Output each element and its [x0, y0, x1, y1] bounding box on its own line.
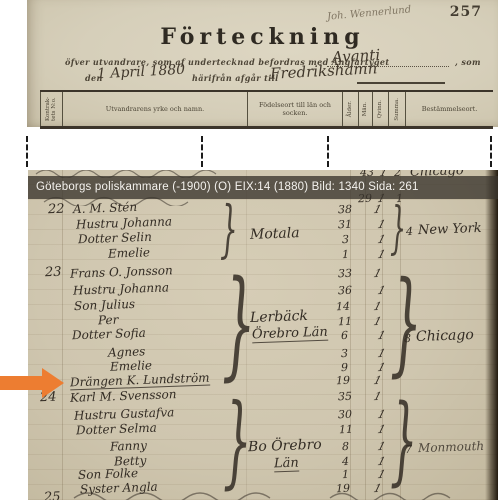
destination: Chicago — [416, 327, 474, 345]
person-name: Agnes — [108, 344, 146, 359]
destination: Monmouth — [418, 439, 485, 455]
age: 38 — [338, 203, 352, 216]
tally-mark: 1 — [376, 408, 387, 421]
age: 33 — [338, 267, 352, 280]
person-name: Dotter Sofia — [72, 326, 146, 343]
col-birthplace: Födelseort till län och socken. — [249, 101, 341, 117]
fold-mark-3 — [327, 136, 329, 167]
screenshot-canvas: 257 Joh. Wennerlund Förteckning öfver ut… — [0, 0, 498, 500]
form-column-headers: Kontrak- tets N:o. Utvandrarens yrke och… — [40, 90, 493, 129]
tally-mark: 1 — [376, 455, 387, 468]
age: 11 — [339, 423, 353, 436]
sum: 7 — [405, 443, 412, 456]
age: 3 — [342, 233, 349, 246]
tally-mark: 1 — [376, 468, 387, 481]
col-destination: Bestämmelseort. — [422, 105, 478, 113]
sum: 8 — [404, 332, 411, 345]
ruling-line — [365, 170, 366, 500]
person-name: Emelie — [108, 245, 150, 260]
emigrant-list-header-image[interactable]: 257 Joh. Wennerlund Förteckning öfver ut… — [27, 0, 498, 127]
archive-reference-text: Göteborgs poliskammare (-1900) (O) EIX:1… — [36, 181, 419, 193]
fold-mark-1 — [26, 136, 28, 167]
pointer-arrow-body — [0, 376, 42, 390]
age: 1 — [342, 468, 349, 481]
fold-mark-2 — [201, 136, 203, 167]
entry-number: 25 — [44, 490, 61, 500]
col-sum: Summa. — [394, 98, 400, 121]
signature-rule — [357, 82, 445, 84]
person-name: Emelie — [110, 358, 152, 373]
age: 35 — [338, 390, 352, 403]
age: 30 — [338, 408, 352, 421]
age: 31 — [338, 218, 352, 231]
age: 4 — [342, 455, 349, 468]
subtitle-line1-suffix: , som — [455, 57, 481, 67]
person-name: A. M. Stén — [73, 200, 138, 216]
pointer-arrow — [0, 368, 64, 398]
birthplace: Motala — [250, 225, 300, 243]
age: 9 — [341, 361, 348, 374]
age: 1 — [342, 248, 349, 261]
sum: 4 — [406, 225, 413, 238]
tally-mark: 1 — [376, 233, 387, 246]
tally-mark: 1 — [376, 329, 387, 342]
person-name: Frans O. Jonsson — [70, 263, 173, 281]
age: 8 — [342, 440, 349, 453]
tally-mark: 1 — [376, 440, 387, 453]
person-name: Dotter Selin — [78, 230, 152, 247]
age: 14 — [336, 300, 350, 313]
handwriting-fragment — [328, 492, 478, 500]
tally-mark: 1 — [376, 218, 387, 231]
age: 36 — [338, 284, 352, 297]
tally-mark: 1 — [376, 361, 387, 374]
age: 11 — [338, 315, 352, 328]
person-name: Karl M. Svensson — [70, 387, 177, 405]
person-name: Hustru Johanna — [76, 214, 172, 231]
family-brace: } — [220, 198, 238, 260]
birthplace: Lerbäck — [250, 308, 308, 326]
col-name: Utvandrarens yrke och namn. — [106, 105, 204, 113]
entry-number: 22 — [48, 202, 65, 218]
col-women: Qvinn. — [377, 100, 383, 118]
handwriting-fragment — [72, 492, 292, 500]
birthplace: Örebro Län — [252, 325, 328, 344]
fold-mark-4 — [490, 136, 492, 167]
birthplace: Län — [274, 456, 299, 473]
ledger-page-image[interactable]: 43 1 2 Chicago 29 1 1 22 A. M. Stén Hust… — [28, 170, 498, 500]
tally-mark: 1 — [376, 248, 387, 261]
entry-number: 23 — [45, 265, 62, 281]
age: 19 — [336, 374, 350, 387]
age: 6 — [341, 329, 348, 342]
tally-mark: 1 — [376, 423, 387, 436]
ruling-line — [62, 170, 63, 500]
person-name: Per — [98, 313, 119, 328]
page-number: 257 — [450, 4, 482, 20]
col-contract-no: Kontrak- tets N:o. — [45, 93, 57, 125]
col-age: Ålder. — [347, 101, 353, 117]
person-name: Hustru Gustafva — [74, 405, 175, 422]
archive-reference-bar: Göteborgs poliskammare (-1900) (O) EIX:1… — [28, 176, 498, 199]
person-name: Fanny — [110, 438, 147, 453]
tally-mark: 1 — [376, 347, 387, 360]
book-gutter-shadow — [485, 170, 498, 500]
sum-brace: } — [390, 267, 422, 379]
sum-brace: } — [390, 392, 417, 488]
agent-signature: Joh. Wennerlund — [327, 4, 412, 22]
tally-mark: 1 — [376, 284, 387, 297]
col-men: Män. — [362, 102, 368, 116]
age: 3 — [341, 347, 348, 360]
subtitle-line2-till: härifrån afgår till — [192, 73, 279, 83]
departure-date-handwritten: 1 April 1880 — [97, 62, 186, 83]
sum-brace: } — [390, 201, 406, 257]
document-title: Förteckning — [27, 24, 498, 50]
person-name: Son Julius — [74, 297, 136, 313]
destination: New York — [418, 221, 482, 238]
person-name: Hustru Johanna — [73, 280, 169, 297]
birthplace: Bo Örebro — [248, 437, 322, 456]
person-name: Dotter Selma — [76, 421, 157, 438]
pointer-arrow-head — [42, 368, 64, 398]
